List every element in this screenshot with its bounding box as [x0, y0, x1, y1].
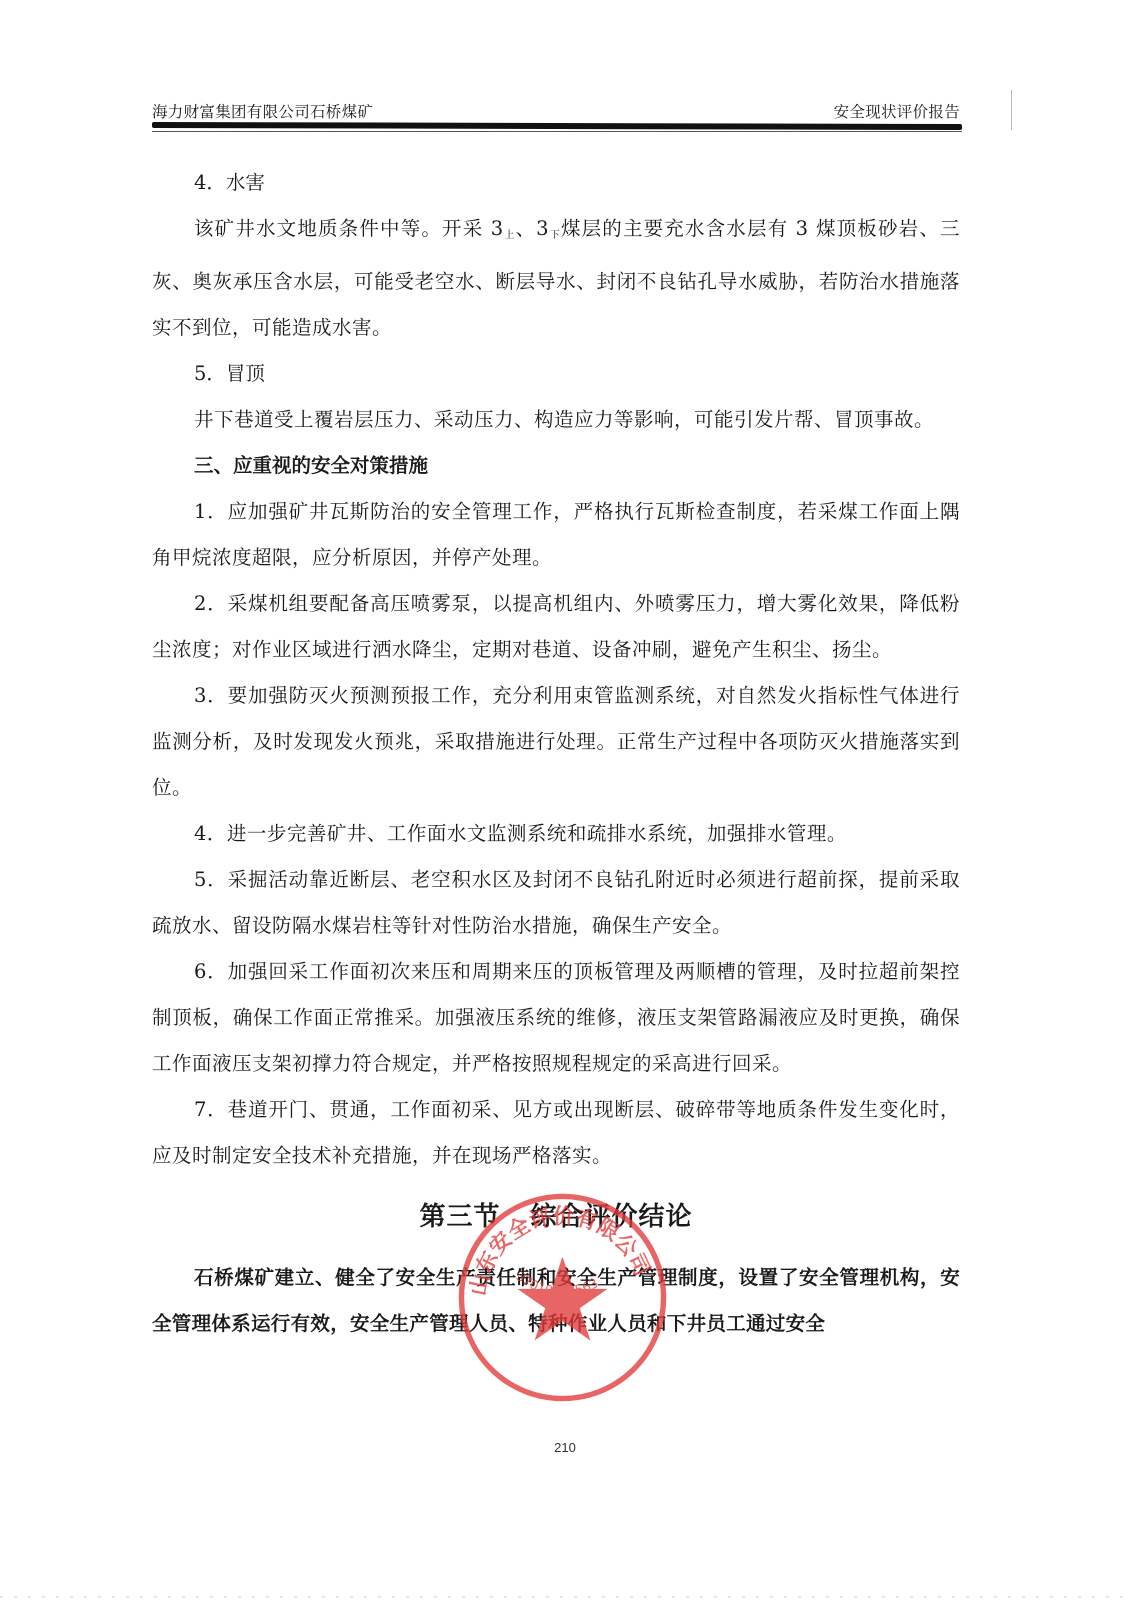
- measure-item-3: 3．要加强防灭火预测预报工作，充分利用束管监测系统，对自然发火指标性气体进行监测…: [152, 673, 960, 811]
- water-text-mid: 、3: [516, 217, 550, 240]
- measures-heading: 三、应重视的安全对策措施: [152, 443, 960, 489]
- conclusion-paragraph: 石桥煤矿建立、健全了安全生产责任制和安全生产管理制度，设置了安全管理机构，安全管…: [152, 1255, 960, 1347]
- measure-item-2: 2．采煤机组要配备高压喷雾泵，以提高机组内、外喷雾压力，增大雾化效果，降低粉尘浓…: [152, 581, 960, 673]
- measure-item-1: 1．应加强矿井瓦斯防治的安全管理工作，严格执行瓦斯检查制度，若采煤工作面上隅角甲…: [152, 489, 960, 581]
- measure-item-7: 7．巷道开门、贯通，工作面初采、见方或出现断层、破碎带等地质条件发生变化时，应及…: [152, 1087, 960, 1179]
- margin-line: [1011, 90, 1012, 130]
- water-text-prefix: 该矿井水文地质条件中等。开采 3: [194, 217, 504, 240]
- measure-item-5: 5．采掘活动靠近断层、老空积水区及封闭不良钻孔附近时必须进行超前探，提前采取疏放…: [152, 857, 960, 949]
- header-rule-thin: [152, 131, 962, 132]
- document-page: 海力财富集团有限公司石桥煤矿 安全现状评价报告 4．水害 该矿井水文地质条件中等…: [0, 0, 1130, 1600]
- roof-fall-title: 5．冒顶: [152, 351, 960, 397]
- header-company: 海力财富集团有限公司石桥煤矿: [152, 100, 373, 122]
- header-report-title: 安全现状评价报告: [834, 100, 960, 122]
- section-label: 第三节: [419, 1202, 500, 1232]
- subscript-upper: 上: [504, 230, 516, 241]
- section-title: 第三节综合评价结论: [152, 1187, 960, 1247]
- roof-fall-paragraph: 井下巷道受上覆岩层压力、采动压力、构造应力等影响，可能引发片帮、冒顶事故。: [152, 397, 960, 443]
- body-text: 4．水害 该矿井水文地质条件中等。开采 3上、3下煤层的主要充水含水层有 3 煤…: [152, 160, 960, 1347]
- water-hazard-paragraph: 该矿井水文地质条件中等。开采 3上、3下煤层的主要充水含水层有 3 煤顶板砂岩、…: [152, 206, 960, 351]
- measure-item-4: 4．进一步完善矿井、工作面水文监测系统和疏排水系统，加强排水管理。: [152, 811, 960, 857]
- water-hazard-title: 4．水害: [152, 160, 960, 206]
- page-number: 210: [0, 1440, 1130, 1455]
- subscript-lower: 下: [549, 230, 561, 241]
- scan-noise: [0, 1596, 1130, 1598]
- section-title-text: 综合评价结论: [531, 1202, 693, 1232]
- measure-item-6: 6．加强回采工作面初次来压和周期来压的顶板管理及两顺槽的管理，及时拉超前架控制顶…: [152, 949, 960, 1087]
- header-rule: [152, 122, 962, 130]
